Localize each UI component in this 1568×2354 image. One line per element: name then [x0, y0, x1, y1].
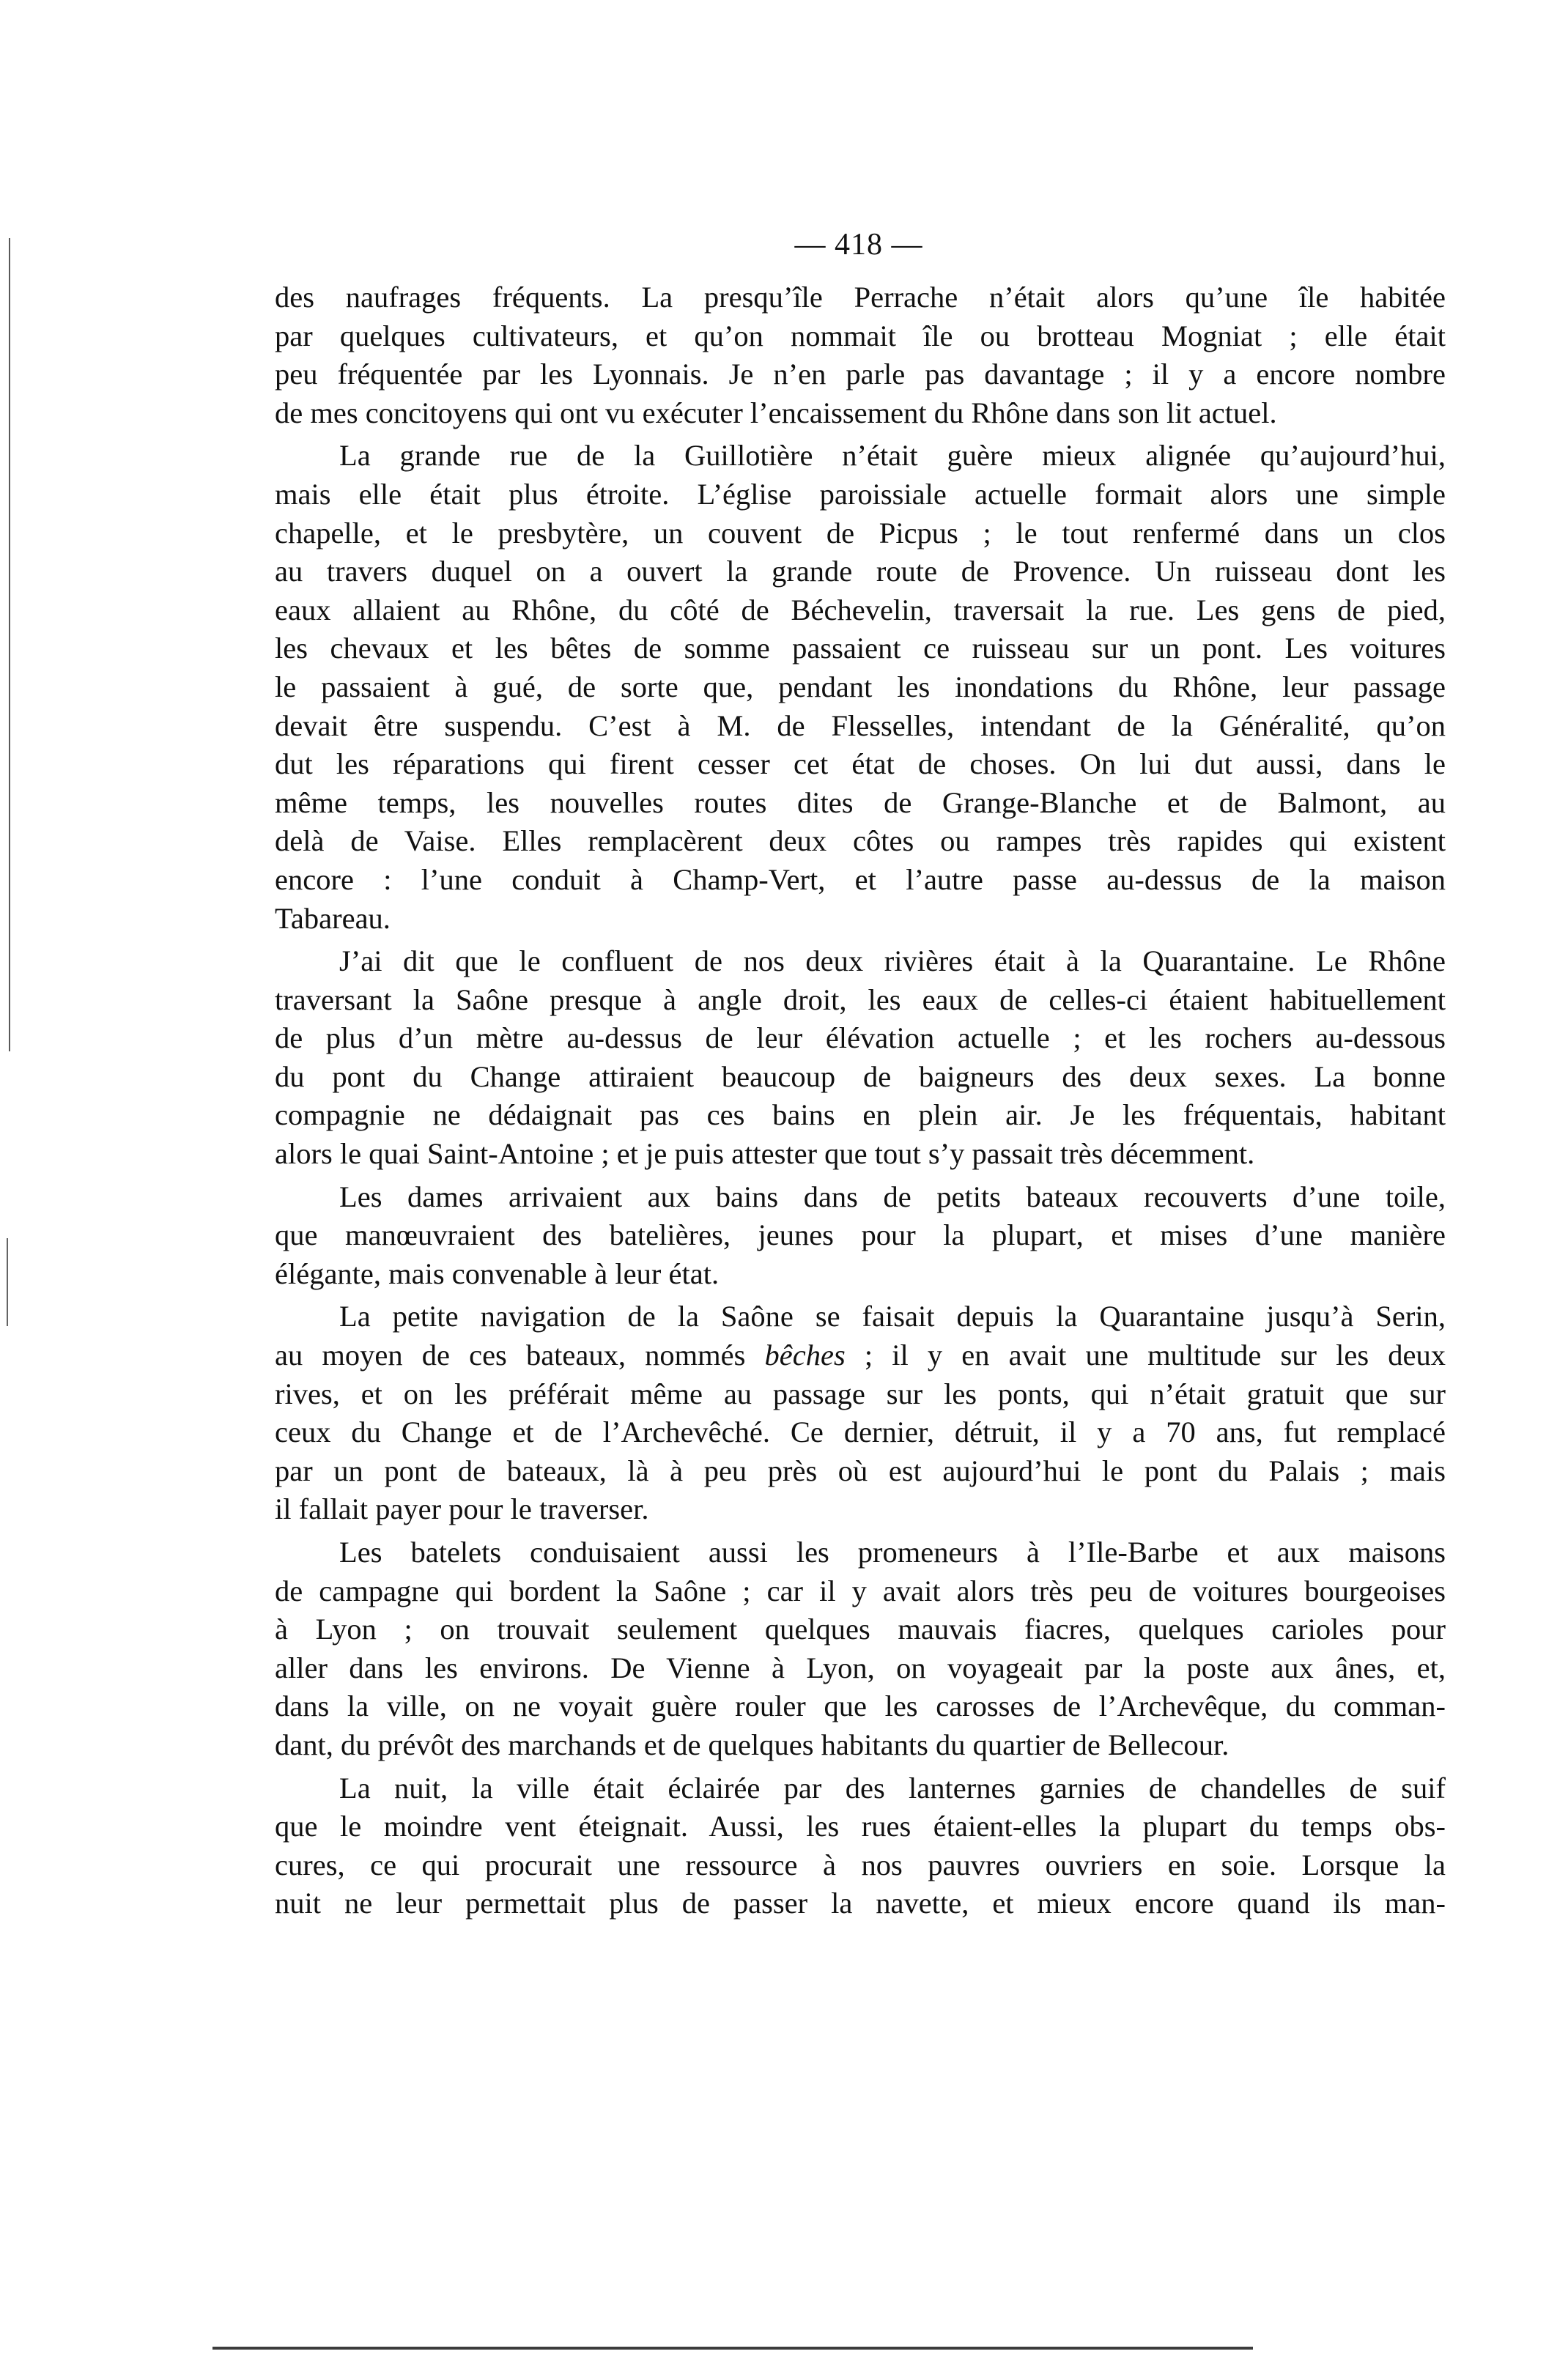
text-line: aller dans les environs. De Vienne à Lyo…: [275, 1649, 1446, 1688]
text-line: encore : l’une conduit à Champ-Vert, et …: [275, 861, 1446, 900]
paragraph: Les batelets conduisaient aussi les prom…: [275, 1533, 1446, 1765]
scan-artifact-left-edge: [9, 238, 10, 1051]
text-line: Les dames arrivaient aux bains dans de p…: [275, 1178, 1446, 1217]
text-line: dans la ville, on ne voyait guère rouler…: [275, 1687, 1446, 1726]
text-line: peu fréquentée par les Lyonnais. Je n’en…: [275, 355, 1446, 394]
scan-artifact-bottom-edge: [212, 2347, 1253, 2350]
text-line: élégante, mais convenable à leur état.: [275, 1255, 1446, 1294]
text-line: La nuit, la ville était éclairée par des…: [275, 1769, 1446, 1808]
text-line: même temps, les nouvelles routes dites d…: [275, 784, 1446, 823]
text-line: il fallait payer pour le traverser.: [275, 1490, 1446, 1529]
text-line: que le moindre vent éteignait. Aussi, le…: [275, 1807, 1446, 1846]
italic-term: bêches: [765, 1339, 846, 1372]
text-line: le passaient à gué, de sorte que, pendan…: [275, 668, 1446, 707]
body-text: des naufrages fréquents. La presqu’île P…: [275, 278, 1446, 1928]
paragraph: La petite navigation de la Saône se fais…: [275, 1298, 1446, 1529]
text-line: eaux allaient au Rhône, du côté de Béche…: [275, 591, 1446, 630]
text-line: de campagne qui bordent la Saône ; car i…: [275, 1572, 1446, 1611]
text-line: dant, du prévôt des marchands et de quel…: [275, 1726, 1446, 1765]
text-line: La grande rue de la Guillotière n’était …: [275, 437, 1446, 475]
text-line: du pont du Change attiraient beaucoup de…: [275, 1058, 1446, 1097]
text-line: par quelques cultivateurs, et qu’on nomm…: [275, 317, 1446, 356]
text-line: alors le quai Saint-Antoine ; et je puis…: [275, 1135, 1446, 1174]
text-line: traversant la Saône presque à angle droi…: [275, 981, 1446, 1020]
text-line: au travers duquel on a ouvert la grande …: [275, 552, 1446, 591]
text-line: les chevaux et les bêtes de somme passai…: [275, 629, 1446, 668]
text-line: des naufrages fréquents. La presqu’île P…: [275, 278, 1446, 317]
text-line: rives, et on les préférait même au passa…: [275, 1375, 1446, 1414]
text-line: de plus d’un mètre au-dessus de leur élé…: [275, 1019, 1446, 1058]
paragraph: J’ai dit que le confluent de nos deux ri…: [275, 942, 1446, 1174]
text-line: que manœuvraient des batelières, jeunes …: [275, 1216, 1446, 1255]
paragraph: La grande rue de la Guillotière n’était …: [275, 437, 1446, 938]
text-line: au moyen de ces bateaux, nommés bêches ;…: [275, 1336, 1446, 1375]
text-line: Tabareau.: [275, 900, 1446, 939]
text-line: par un pont de bateaux, là à peu près où…: [275, 1452, 1446, 1491]
text-line: devait être suspendu. C’est à M. de Fles…: [275, 707, 1446, 746]
text-line: chapelle, et le presbytère, un couvent d…: [275, 514, 1446, 553]
text-line: à Lyon ; on trouvait seulement quelques …: [275, 1610, 1446, 1649]
text-line: J’ai dit que le confluent de nos deux ri…: [275, 942, 1446, 981]
text-line: La petite navigation de la Saône se fais…: [275, 1298, 1446, 1336]
text-line: compagnie ne dédaignait pas ces bains en…: [275, 1096, 1446, 1135]
text-line: dut les réparations qui firent cesser ce…: [275, 745, 1446, 784]
paragraph: Les dames arrivaient aux bains dans de p…: [275, 1178, 1446, 1294]
page-number: — 418 —: [0, 226, 1568, 264]
paragraph: La nuit, la ville était éclairée par des…: [275, 1769, 1446, 1923]
text-line: cures, ce qui procurait une ressource à …: [275, 1846, 1446, 1885]
text-line: de mes concitoyens qui ont vu exécuter l…: [275, 394, 1446, 433]
text-line: delà de Vaise. Elles remplacèrent deux c…: [275, 822, 1446, 861]
paragraph: des naufrages fréquents. La presqu’île P…: [275, 278, 1446, 432]
text-line: mais elle était plus étroite. L’église p…: [275, 475, 1446, 514]
text-line: nuit ne leur permettait plus de passer l…: [275, 1884, 1446, 1923]
text-line: ceux du Change et de l’Archevêché. Ce de…: [275, 1413, 1446, 1452]
text-line: Les batelets conduisaient aussi les prom…: [275, 1533, 1446, 1572]
scan-artifact-left-edge-lower: [7, 1238, 8, 1326]
